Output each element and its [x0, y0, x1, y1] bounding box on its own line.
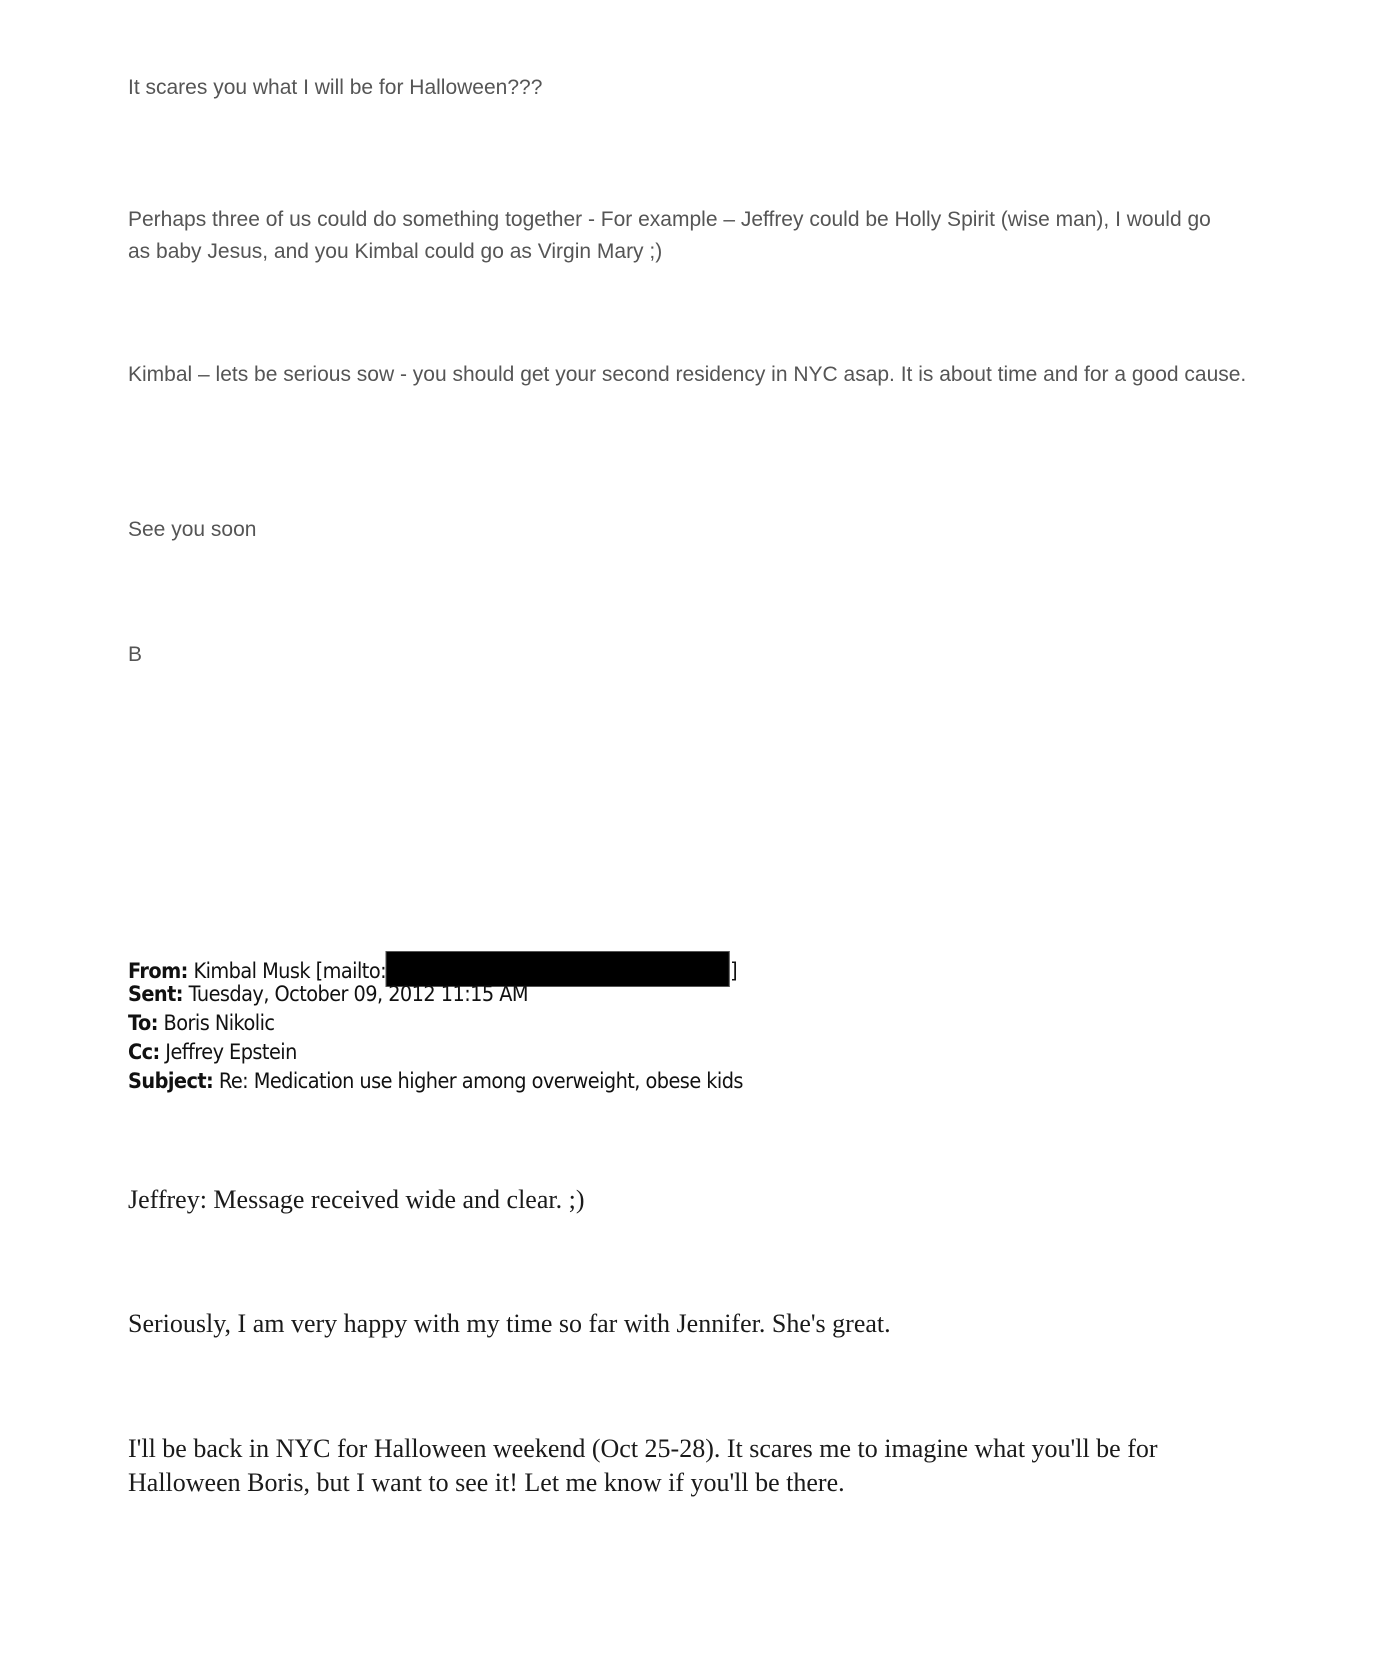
- message1-line-halloween: It scares you what I will be for Hallowe…: [128, 72, 1228, 104]
- to-value: Boris Nikolic: [164, 1011, 275, 1035]
- header-sent: Sent: Tuesday, October 09, 2012 11:15 AM: [128, 980, 528, 1009]
- cc-value: Jeffrey Epstein: [165, 1040, 297, 1064]
- subject-label: Subject:: [128, 1069, 213, 1093]
- from-close-bracket: ]: [730, 957, 737, 986]
- header-subject: Subject: Re: Medication use higher among…: [128, 1067, 743, 1096]
- message2-line-jennifer: Seriously, I am very happy with my time …: [128, 1307, 891, 1341]
- header-to: To: Boris Nikolic: [128, 1009, 274, 1038]
- message2-line-received: Jeffrey: Message received wide and clear…: [128, 1183, 584, 1217]
- message2-paragraph-halloween: I'll be back in NYC for Halloween weeken…: [128, 1432, 1248, 1500]
- message1-paragraph-residency: Kimbal – lets be serious sow - you shoul…: [128, 359, 1253, 391]
- cc-label: Cc:: [128, 1040, 160, 1064]
- message1-signature: B: [128, 639, 142, 671]
- sent-label: Sent:: [128, 982, 183, 1006]
- message1-paragraph-costume: Perhaps three of us could do something t…: [128, 204, 1228, 268]
- subject-value: Re: Medication use higher among overweig…: [219, 1069, 743, 1093]
- sent-value: Tuesday, October 09, 2012 11:15 AM: [189, 982, 528, 1006]
- header-cc: Cc: Jeffrey Epstein: [128, 1038, 297, 1067]
- message1-line-see-you-soon: See you soon: [128, 514, 256, 546]
- to-label: To:: [128, 1011, 158, 1035]
